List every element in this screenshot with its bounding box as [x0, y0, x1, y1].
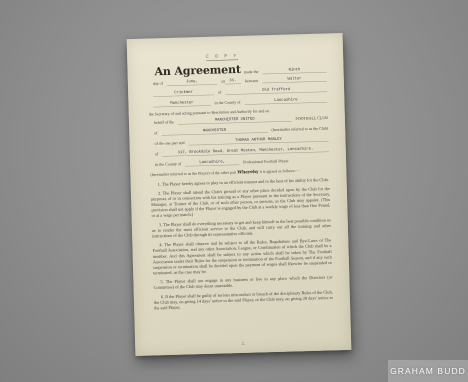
- club-place-row: of MANCHESTER (hereinafter referred to a…: [154, 125, 328, 136]
- page-title: An Agreement: [154, 64, 241, 77]
- clause-2: 2. The Player shall attend the Club's gr…: [151, 186, 331, 219]
- between-label: between: [245, 78, 258, 84]
- behalf-of-the-label: behalf of the: [154, 120, 174, 126]
- clause-text: If the Player shall be guilty of serious…: [154, 289, 333, 310]
- made-the-label: made the: [244, 69, 259, 75]
- in-county-of-label: in the County of: [155, 162, 181, 168]
- of-label: of: [155, 152, 158, 157]
- hereinafter-club-label: (hereinafter referred to as the Club): [271, 126, 328, 133]
- clause-3: 3. The Player shall do everything necess…: [152, 217, 331, 239]
- club-name-field: MANCHESTER UNITED: [178, 115, 291, 124]
- auction-watermark-badge: GRAHAM BUDD: [388, 360, 468, 382]
- heading-row: An Agreement made the Ninth: [154, 62, 326, 78]
- clause-4: 4. The Player shall observe and be subje…: [152, 238, 332, 277]
- clause-6: 6. If the Player shall be guilty of seri…: [154, 289, 333, 311]
- hereinafter-player-label: (hereinafter referred to as the Player) …: [150, 170, 236, 177]
- clause-number: 3.: [152, 222, 162, 227]
- club-place-field: MANCHESTER: [161, 127, 267, 136]
- clause-5: 5. The Player shall not engage in any bu…: [153, 275, 332, 291]
- year-field: 31.: [225, 78, 241, 85]
- clause-text: The Player shall attend the Club's groun…: [151, 186, 330, 218]
- clause-number: 6.: [154, 294, 164, 299]
- one-part-label: of the one part and: [154, 140, 184, 146]
- in-county-of-label: in the County of: [214, 100, 240, 106]
- clause-text: The Player hereby agrees to play in an e…: [162, 177, 329, 187]
- agreed-label: it is agreed as follows:—: [260, 169, 300, 175]
- copy-stamp: C O P Y: [206, 53, 238, 60]
- player-address-row: of 317, Brookdale Road, Great Moston, Ma…: [155, 146, 329, 157]
- clause-text: The Player shall observe and be subject …: [152, 238, 332, 276]
- month-field: June,: [167, 79, 217, 86]
- of-label: of: [218, 90, 221, 95]
- clause-number: 5.: [153, 279, 163, 284]
- secretary-row: Crickmer of Old Trafford: [153, 86, 327, 97]
- clause-text: The Player shall not engage in any busin…: [153, 275, 332, 291]
- of-label: of: [154, 131, 157, 136]
- county-row: Manchester in the County of Lancashire: [153, 97, 327, 108]
- day-name-field: Ninth: [262, 66, 326, 74]
- photo-background: C O P Y An Agreement made the Ninth day …: [0, 0, 468, 382]
- secretary-first-name-field: Walter: [262, 76, 327, 84]
- secretary-address-field: Old Trafford: [225, 86, 327, 95]
- clause-number: 2.: [151, 191, 161, 196]
- player-county-field: Lancashire,: [185, 159, 239, 167]
- agreement-document-page: C O P Y An Agreement made the Ninth day …: [127, 33, 352, 356]
- secretary-town-field: Manchester: [153, 100, 210, 108]
- player-name-row: of the one part and THOMAS ARTHUR MANLEY: [154, 136, 328, 147]
- secretary-surname-field: Crickmer: [153, 89, 214, 97]
- secretary-county-field: Lancashire: [244, 97, 327, 105]
- whereby-word: Whereby: [237, 170, 258, 176]
- clause-number: 4.: [152, 242, 162, 247]
- football-club-label: FOOTBALL CLUB: [295, 115, 328, 121]
- day-of-label: day of: [153, 81, 163, 86]
- clause-number: 1.: [151, 181, 161, 186]
- profession-label: Professional Football Player: [243, 159, 288, 165]
- player-county-row: in the County of Lancashire, Professiona…: [155, 157, 329, 168]
- player-address-field: 317, Brookdale Road, Great Moston, Manch…: [162, 146, 329, 157]
- page-number: 2.: [242, 341, 245, 346]
- clause-text: The Player shall do everything necessary…: [152, 217, 331, 238]
- document-content: C O P Y An Agreement made the Ninth day …: [127, 33, 352, 356]
- player-name-field: THOMAS ARTHUR MANLEY: [188, 136, 328, 146]
